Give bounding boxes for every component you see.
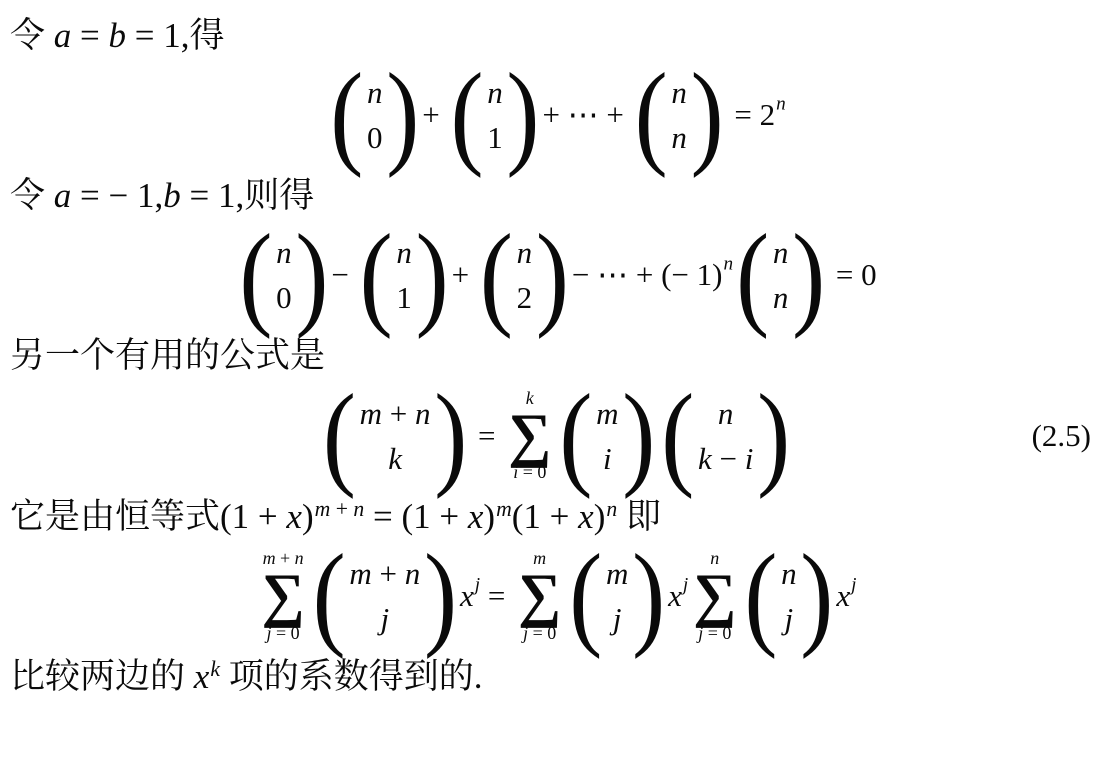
binomial-column: nj bbox=[777, 558, 800, 634]
binomial-column: m + nj bbox=[346, 558, 424, 634]
formula-row-generating-function: m + n∑j = 0(m + nj)xj = m∑j = 0(mj)xjn∑j… bbox=[0, 543, 1113, 649]
textbook-page: 令 a = b = 1,得 (n0)+ (n1)+ ⋯ + (nn) = 2n … bbox=[0, 0, 1113, 771]
binomial-coefficient: (mj) bbox=[569, 558, 665, 634]
right-paren: ) bbox=[800, 554, 833, 638]
binomial-top: m bbox=[596, 398, 618, 429]
right-paren: ) bbox=[536, 233, 569, 317]
binomial-top: n bbox=[718, 398, 734, 429]
binomial-column: nk − i bbox=[694, 398, 757, 474]
binomial-bottom: n bbox=[773, 282, 789, 313]
left-paren: ( bbox=[330, 73, 363, 157]
binomial-coefficient: (nn) bbox=[635, 77, 724, 153]
binomial-bottom: k bbox=[388, 443, 402, 474]
cjk-text: 令 bbox=[10, 176, 54, 215]
sum-lower-limit: i = 0 bbox=[513, 463, 546, 482]
cjk-text: 项的系数得到的. bbox=[220, 657, 483, 696]
math-text: x bbox=[194, 657, 210, 696]
binomial-column: n1 bbox=[393, 237, 416, 313]
cjk-text: 即 bbox=[617, 497, 661, 536]
formula-vandermonde-identity: (m + nk) = k∑i = 0(mi)(nk − i) bbox=[320, 389, 793, 482]
left-paren: ( bbox=[569, 554, 602, 638]
superscript: j bbox=[851, 574, 856, 596]
sigma-symbol: ∑ bbox=[693, 568, 736, 624]
math-text: (1 + x) bbox=[512, 497, 606, 536]
binomial-bottom: k − i bbox=[698, 443, 753, 474]
binomial-top: n bbox=[487, 77, 503, 108]
math-text: + bbox=[422, 97, 447, 133]
binomial-coefficient: (nj) bbox=[744, 558, 833, 634]
text-line-identity-derivation: 它是由恒等式(1 + x)m + n = (1 + x)m(1 + x)n 即 bbox=[0, 494, 1113, 540]
superscript: m bbox=[496, 497, 512, 521]
sum-lower-limit: j = 0 bbox=[698, 624, 731, 643]
cjk-text: 令 bbox=[10, 16, 54, 55]
text-line-another-useful-formula: 另一个有用的公式是 bbox=[0, 333, 1113, 379]
cjk-text: 比较两边的 bbox=[10, 657, 194, 696]
formula-row-vandermonde: (m + nk) = k∑i = 0(mi)(nk − i) (2.5) bbox=[0, 383, 1113, 489]
left-paren: ( bbox=[239, 233, 272, 317]
sigma-symbol: ∑ bbox=[518, 568, 561, 624]
superscript: k bbox=[210, 657, 220, 681]
right-paren: ) bbox=[757, 393, 790, 477]
binomial-bottom: j bbox=[613, 603, 622, 634]
left-paren: ( bbox=[736, 233, 769, 317]
binomial-bottom: 1 bbox=[396, 282, 412, 313]
math-text: + bbox=[452, 257, 477, 293]
binomial-bottom: 0 bbox=[276, 282, 292, 313]
sigma-symbol: ∑ bbox=[262, 568, 305, 624]
summation: m + n∑j = 0 bbox=[262, 549, 305, 642]
formula-alternating-sum-zero: (n0)− (n1)+ (n2)− ⋯ + (− 1)n(nn) = 0 bbox=[236, 237, 876, 313]
left-paren: ( bbox=[635, 73, 668, 157]
math-text: + ⋯ + bbox=[542, 97, 631, 133]
math-text: = bbox=[470, 418, 503, 454]
left-paren: ( bbox=[480, 233, 513, 317]
right-paren: ) bbox=[632, 554, 665, 638]
left-paren: ( bbox=[559, 393, 592, 477]
left-paren: ( bbox=[323, 393, 356, 477]
right-paren: ) bbox=[792, 233, 825, 317]
text-line-let-a-b-1: 令 a = b = 1,得 bbox=[0, 13, 1113, 59]
left-paren: ( bbox=[661, 393, 694, 477]
binomial-bottom: n bbox=[671, 122, 687, 153]
left-paren: ( bbox=[744, 554, 777, 638]
sum-lower-limit: j = 0 bbox=[523, 624, 556, 643]
sigma-symbol: ∑ bbox=[508, 408, 551, 464]
binomial-top: n bbox=[773, 237, 789, 268]
math-text: x bbox=[460, 578, 474, 614]
superscript: n bbox=[723, 254, 733, 276]
binomial-bottom: j bbox=[785, 603, 794, 634]
binomial-coefficient: (n1) bbox=[450, 77, 539, 153]
binomial-top: m + n bbox=[360, 398, 431, 429]
math-text: − bbox=[331, 257, 356, 293]
binomial-top: n bbox=[517, 237, 533, 268]
left-paren: ( bbox=[313, 554, 346, 638]
binomial-bottom: 1 bbox=[487, 122, 503, 153]
binomial-column: n1 bbox=[483, 77, 506, 153]
right-paren: ) bbox=[691, 73, 724, 157]
binomial-coefficient: (nk − i) bbox=[661, 398, 790, 474]
binomial-top: n bbox=[367, 77, 383, 108]
binomial-column: n0 bbox=[272, 237, 295, 313]
text-line-compare-coefficients: 比较两边的 xk 项的系数得到的. bbox=[0, 654, 1113, 700]
binomial-coefficient: (n0) bbox=[239, 237, 328, 313]
binomial-bottom: 2 bbox=[517, 282, 533, 313]
formula-row-alternating-sum: (n0)− (n1)+ (n2)− ⋯ + (− 1)n(nn) = 0 bbox=[0, 222, 1113, 328]
formula-binomial-sum-2n: (n0)+ (n1)+ ⋯ + (nn) = 2n bbox=[327, 77, 786, 153]
superscript: j bbox=[683, 574, 688, 596]
binomial-top: n bbox=[276, 237, 292, 268]
binomial-column: nn bbox=[668, 77, 691, 153]
math-text: = 0 bbox=[828, 257, 876, 293]
superscript: m + n bbox=[315, 497, 365, 521]
binomial-coefficient: (n0) bbox=[330, 77, 419, 153]
left-paren: ( bbox=[450, 73, 483, 157]
binomial-bottom: j bbox=[381, 603, 390, 634]
binomial-column: mj bbox=[602, 558, 632, 634]
cjk-text: 它是由恒等式 bbox=[10, 497, 220, 536]
superscript: n bbox=[776, 94, 786, 116]
binomial-coefficient: (nn) bbox=[736, 237, 825, 313]
binomial-bottom: 0 bbox=[367, 122, 383, 153]
summation: k∑i = 0 bbox=[508, 389, 551, 482]
formula-generating-function-identity: m + n∑j = 0(m + nj)xj = m∑j = 0(mj)xjn∑j… bbox=[257, 549, 857, 642]
sum-lower-limit: j = 0 bbox=[267, 624, 300, 643]
superscript: j bbox=[475, 574, 480, 596]
superscript: n bbox=[606, 497, 617, 521]
cjk-text: 另一个有用的公式是 bbox=[10, 336, 325, 375]
binomial-column: n2 bbox=[513, 237, 536, 313]
formula-row-binomial-sum: (n0)+ (n1)+ ⋯ + (nn) = 2n bbox=[0, 62, 1113, 168]
binomial-top: m bbox=[606, 558, 628, 589]
math-text: a = − 1,b = 1, bbox=[54, 176, 244, 215]
binomial-column: nn bbox=[769, 237, 792, 313]
right-paren: ) bbox=[622, 393, 655, 477]
binomial-top: n bbox=[781, 558, 797, 589]
math-text: = 2 bbox=[727, 97, 775, 133]
binomial-top: n bbox=[396, 237, 412, 268]
binomial-coefficient: (n1) bbox=[360, 237, 449, 313]
math-text: x bbox=[836, 578, 850, 614]
binomial-top: n bbox=[671, 77, 687, 108]
cjk-text: 得 bbox=[190, 16, 225, 55]
math-text: a = b = 1, bbox=[54, 16, 190, 55]
cjk-text: 则得 bbox=[244, 176, 314, 215]
right-paren: ) bbox=[416, 233, 449, 317]
binomial-coefficient: (m + nj) bbox=[313, 558, 457, 634]
math-text: = bbox=[480, 578, 513, 614]
math-text: − ⋯ + (− 1) bbox=[572, 257, 723, 293]
right-paren: ) bbox=[434, 393, 467, 477]
binomial-coefficient: (n2) bbox=[480, 237, 569, 313]
summation: n∑j = 0 bbox=[693, 549, 736, 642]
binomial-bottom: i bbox=[603, 443, 612, 474]
binomial-column: n0 bbox=[363, 77, 386, 153]
left-paren: ( bbox=[360, 233, 393, 317]
binomial-coefficient: (mi) bbox=[559, 398, 655, 474]
summation: m∑j = 0 bbox=[518, 549, 561, 642]
binomial-top: m + n bbox=[349, 558, 420, 589]
binomial-column: m + nk bbox=[356, 398, 434, 474]
right-paren: ) bbox=[295, 233, 328, 317]
right-paren: ) bbox=[386, 73, 419, 157]
right-paren: ) bbox=[506, 73, 539, 157]
math-text: (1 + x) bbox=[220, 497, 314, 536]
right-paren: ) bbox=[424, 554, 457, 638]
binomial-column: mi bbox=[592, 398, 622, 474]
math-text: x bbox=[668, 578, 682, 614]
equation-number: (2.5) bbox=[1032, 418, 1091, 454]
binomial-coefficient: (m + nk) bbox=[323, 398, 467, 474]
math-text: = (1 + x) bbox=[364, 497, 495, 536]
